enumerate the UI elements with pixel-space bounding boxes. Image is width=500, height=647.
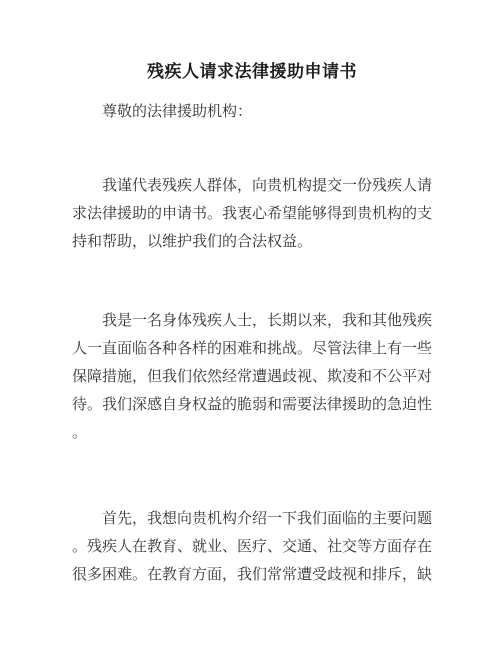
paragraph-line: 。残疾人在教育、就业、医疗、交通、社交等方面存在	[72, 533, 432, 561]
paragraph-line: 持和帮助，以维护我们的合法权益。	[72, 228, 432, 256]
paragraph-line: 很多困难。在教育方面，我们常常遭受歧视和排斥，缺	[72, 561, 432, 589]
document-page: 残疾人请求法律援助申请书 尊敬的法律援助机构： 我谨代表残疾人群体，向贵机构提交…	[0, 0, 500, 647]
paragraph: 我是一名身体残疾人士，长期以来，我和其他残疾人一直面临各种各样的困难和挑战。尽管…	[72, 307, 432, 447]
salutation: 尊敬的法律援助机构：	[72, 98, 432, 126]
paragraph-line: 我谨代表残疾人群体，向贵机构提交一份残疾人请	[72, 172, 432, 200]
paragraph-line: 。	[72, 419, 432, 447]
paragraph-line: 首先，我想向贵机构介绍一下我们面临的主要问题	[72, 505, 432, 533]
paragraph-line: 人一直面临各种各样的困难和挑战。尽管法律上有一些	[72, 335, 432, 363]
paragraph-line: 求法律援助的申请书。我衷心希望能够得到贵机构的支	[72, 200, 432, 228]
paragraph-line: 待。我们深感自身权益的脆弱和需要法律援助的急迫性	[72, 391, 432, 419]
paragraph: 首先，我想向贵机构介绍一下我们面临的主要问题。残疾人在教育、就业、医疗、交通、社…	[72, 505, 432, 589]
document-title: 残疾人请求法律援助申请书	[72, 60, 432, 84]
document-body: 残疾人请求法律援助申请书 尊敬的法律援助机构： 我谨代表残疾人群体，向贵机构提交…	[0, 0, 500, 647]
paragraph-line: 保障措施，但我们依然经常遭遇歧视、欺凌和不公平对	[72, 363, 432, 391]
paragraph: 我谨代表残疾人群体，向贵机构提交一份残疾人请求法律援助的申请书。我衷心希望能够得…	[72, 172, 432, 256]
paragraph-line: 我是一名身体残疾人士，长期以来，我和其他残疾	[72, 307, 432, 335]
